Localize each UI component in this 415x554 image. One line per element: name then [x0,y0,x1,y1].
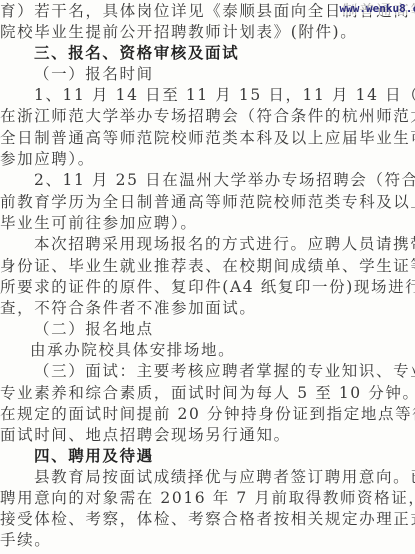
paragraph-line: 前教育学历为全日制普通高等师范院校师范类专科及以上应届 [0,192,415,212]
paragraph-line: 面试时间、地点招聘会现场另行通知。 [0,425,291,445]
paragraph-line: 身份证、毕业生就业推荐表、在校期间成绩单、学生证等岗位 [0,256,415,276]
section-heading-3: 三、报名、资格审核及面试 [34,43,239,63]
section-heading-4: 四、聘用及待遇 [34,446,154,466]
paragraph-line: 院校毕业生提前公开招聘教师计划表》(附件)。 [0,22,357,42]
paragraph-line: 参加应聘）。 [0,149,95,169]
paragraph-line: 接受体检、考察，体检、考察合格者按相关规定办理正式聘用 [0,509,415,529]
paragraph-line: 专业素养和综合素质，面试时间为每人 5 至 10 分钟。应聘者须 [0,383,415,403]
paragraph-line: 在规定的面试时间提前 20 分钟持身份证到指定地点等待。 [0,404,415,424]
paragraph-line: 1、11 月 14 日至 11 月 15 日，11 月 14 日（周六）下午 3… [34,85,415,105]
watermark-text: www.wenku8.c [340,2,415,15]
paragraph-line: 手续。 [0,530,51,550]
subsection-heading-registration-location: （二）报名地点 [34,319,154,339]
paragraph-line: 2、11 月 25 日在温州大学举办专场招聘会（符合条件的学 [34,170,415,190]
paragraph-line: 所要求的证件的原件、复印件(A4 纸复印一份)现场进行资格审 [0,277,415,297]
subsection-heading-registration-time: （一）报名时间 [34,64,154,84]
paragraph-line: 在浙江师范大学举办专场招聘会（符合条件的杭州师范大学等 [0,106,415,126]
paragraph-line: 聘用意向的对象需在 2016 年 7 月前取得教师资格证，并按要求 [0,488,415,508]
paragraph-line: 本次招聘采用现场报名的方式进行。应聘人员请携带本人 [34,234,415,254]
paragraph-line: 由承办院校具体安排场地。 [30,340,235,360]
paragraph-line: 毕业生可前往参加应聘）。 [0,213,197,233]
paragraph-line: 查，不符合条件者不准参加面试。 [0,298,257,318]
paragraph-line: 县教育局按面试成绩择优与应聘者签订聘用意向。已签订 [34,467,415,487]
document-page: 育）若干名，具体岗位详见《泰顺县面向全日制普通高等师范 www.wenku8.c… [0,0,415,554]
subsection-heading-interview: （三）面试：主要考核应聘者掌握的专业知识、专业技能、 [34,361,415,381]
paragraph-line: 全日制普通高等师范院校师范类本科及以上应届毕业生可前往 [0,128,415,148]
